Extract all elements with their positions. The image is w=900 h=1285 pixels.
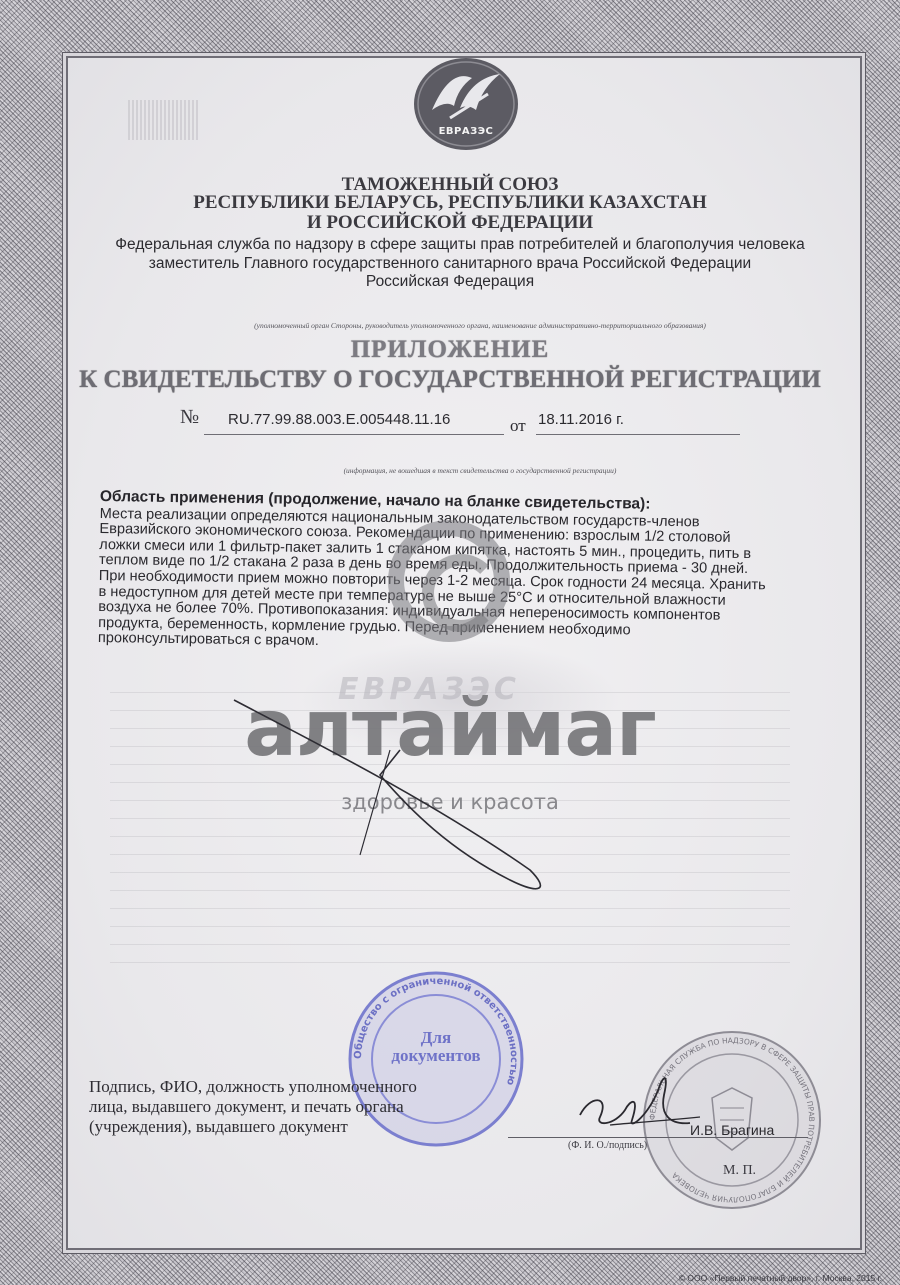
title-line-2: К СВИДЕТЕЛЬСТВУ О ГОСУДАРСТВЕННОЙ РЕГИСТ…: [0, 366, 900, 394]
printer-imprint: © ООО «Первый печатный двор», г. Москва,…: [679, 1273, 882, 1283]
authority-line-3: Российская Федерация: [0, 273, 900, 291]
registration-number: RU.77.99.88.003.Е.005448.11.16: [228, 411, 450, 428]
authority-line-1: Федеральная служба по надзору в сфере за…: [0, 236, 900, 254]
from-label: от: [510, 416, 526, 436]
registration-date: 18.11.2016 г.: [538, 411, 624, 428]
header-line-2: РЕСПУБЛИКИ БЕЛАРУСЬ, РЕСПУБЛИКИ КАЗАХСТА…: [0, 192, 900, 214]
signer-name: И.В. Брагина: [690, 1122, 774, 1138]
handwritten-signature: [570, 1065, 710, 1145]
number-sign: №: [180, 406, 199, 429]
logo-text: ЕВРАЗЭС: [410, 126, 522, 137]
fio-caption: (Ф. И. О./подпись): [568, 1140, 647, 1151]
eurasec-emblem-icon: [410, 48, 522, 160]
seal-center-line-2: документов: [345, 1046, 527, 1066]
header-line-3: И РОССИЙСКОЙ ФЕДЕРАЦИИ: [0, 212, 900, 234]
title-line-1: ПРИЛОЖЕНИЕ: [0, 336, 900, 364]
authority-caption: (уполномоченный орган Стороны, руководит…: [0, 321, 900, 330]
watermark-logo-icon: [388, 520, 510, 642]
certificate-page: ЕВРАЗЭС ТАМОЖЕННЫЙ СОЮЗ РЕСПУБЛИКИ БЕЛАР…: [0, 0, 900, 1285]
eurasec-logo: ЕВРАЗЭС: [410, 48, 522, 160]
signature-label: Подпись, ФИО, должность уполномоченного …: [89, 1077, 489, 1137]
hologram-mark: [128, 100, 198, 140]
seal-place-label: М. П.: [723, 1163, 756, 1179]
seal-center-line-1: Для: [345, 1028, 527, 1048]
registration-caption: (информация, не вошедшая в текст свидете…: [0, 466, 900, 475]
signature-scrawl: [230, 680, 560, 900]
authority-line-2: заместитель Главного государственного са…: [0, 255, 900, 273]
registration-line: № RU.77.99.88.003.Е.005448.11.16 от 18.1…: [180, 406, 740, 436]
